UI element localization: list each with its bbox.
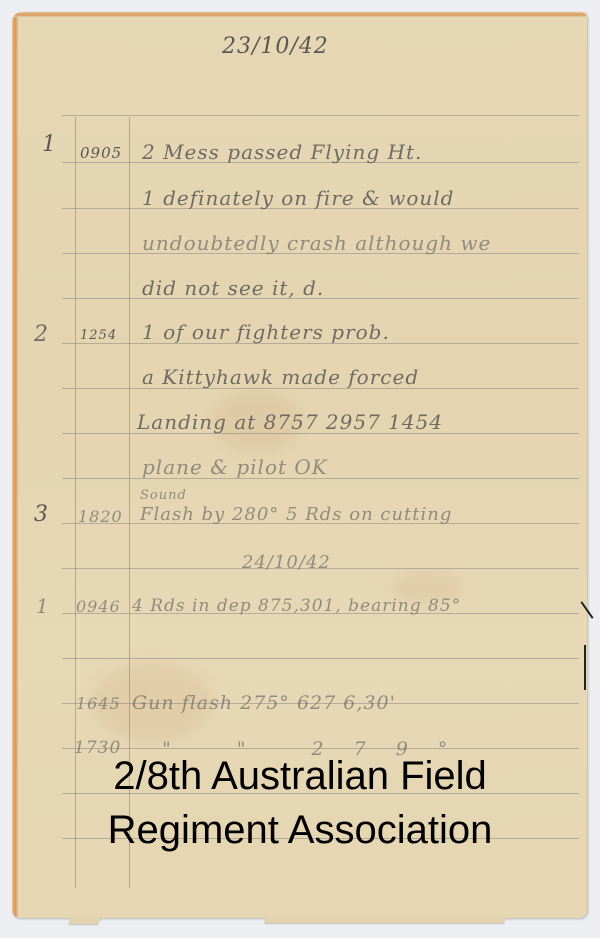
entry-line: did not see it, d. — [142, 276, 324, 300]
entry-line: Flash by 280° 5 Rds on cutting — [140, 504, 452, 525]
entry-line: undoubtedly crash although we — [142, 231, 491, 255]
entry-line: a Kittyhawk made forced — [142, 365, 419, 389]
entry-number: 3 — [34, 502, 49, 527]
entry-number: 1 — [36, 594, 50, 618]
watermark-line-1: 2/8th Australian Field — [0, 754, 600, 798]
entry-time: 1645 — [76, 694, 121, 713]
torn-edge — [264, 916, 505, 923]
date-heading: 23/10/42 — [222, 34, 329, 59]
entry-time: 1254 — [80, 328, 117, 343]
entry-line: plane & pilot OK — [142, 455, 328, 479]
entry-line: Gun flash 275° 627 6,30' — [132, 692, 396, 714]
date-heading: 24/10/42 — [242, 552, 331, 573]
torn-edge — [69, 916, 102, 924]
entry-line: Landing at 8757 2957 1454 — [137, 410, 443, 434]
entry-line: 1 definately on fire & would — [142, 186, 454, 210]
entry-time: 0905 — [80, 144, 122, 162]
entry-number: 2 — [34, 322, 49, 347]
entry-line: 2 Mess passed Flying Ht. — [142, 140, 422, 164]
scanned-page: 23/10/42 1 0905 2 Mess passed Flying Ht.… — [0, 0, 600, 938]
ruled-line — [62, 658, 579, 659]
watermark-line-2: Regiment Association — [0, 808, 600, 852]
edge-mark — [584, 645, 586, 690]
entry-time: 1820 — [78, 507, 123, 526]
correction-text: Sound — [140, 488, 187, 503]
entry-time: 0946 — [76, 597, 121, 616]
entry-line: 4 Rds in dep 875,301, bearing 85° — [132, 596, 461, 616]
entry-line: 1 of our fighters prob. — [142, 320, 390, 344]
entry-number: 1 — [42, 132, 57, 157]
ruled-line — [62, 115, 579, 116]
